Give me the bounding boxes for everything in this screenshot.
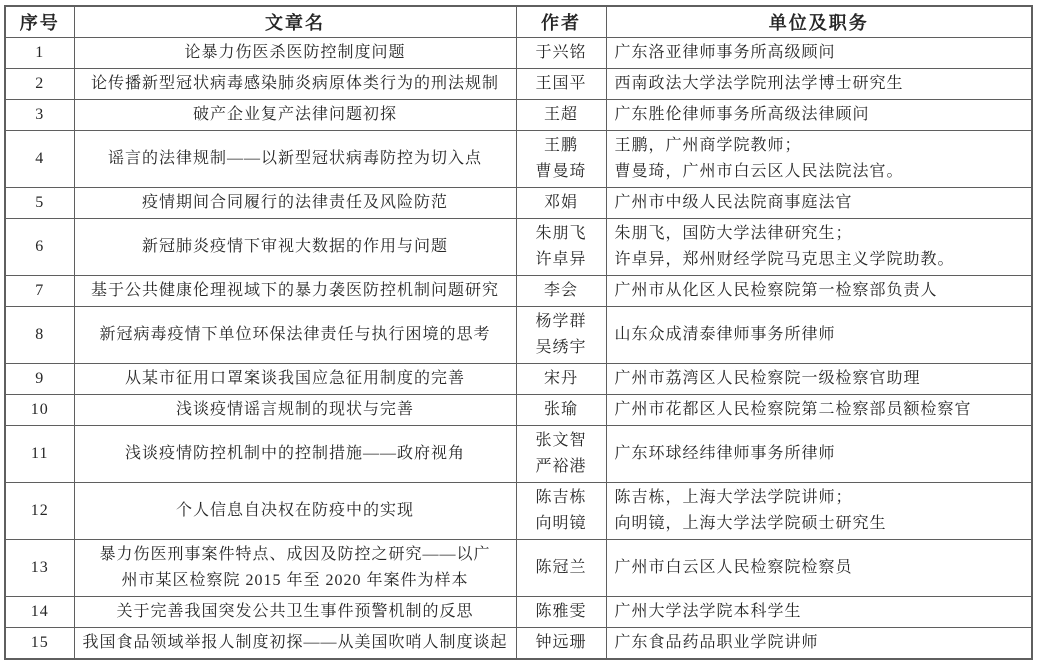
row-number: 11 xyxy=(5,425,74,482)
author-name: 王鹏 曹曼琦 xyxy=(516,130,606,187)
row-number: 10 xyxy=(5,394,74,425)
table-row: 2 论传播新型冠状病毒感染肺炎病原体类行为的刑法规制 王国平 西南政法大学法学院… xyxy=(5,68,1032,99)
table-row: 4 谣言的法律规制——以新型冠状病毒防控为切入点 王鹏 曹曼琦 王鹏，广州商学院… xyxy=(5,130,1032,187)
author-name: 王超 xyxy=(516,99,606,130)
affiliation: 王鹏，广州商学院教师； 曹曼琦，广州市白云区人民法院法官。 xyxy=(606,130,1032,187)
affiliation: 山东众成清泰律师事务所律师 xyxy=(606,306,1032,363)
affiliation: 广东洛亚律师事务所高级顾问 xyxy=(606,37,1032,68)
row-number: 5 xyxy=(5,187,74,218)
table-row: 10 浅谈疫情谣言规制的现状与完善 张瑜 广州市花都区人民检察院第二检察部员额检… xyxy=(5,394,1032,425)
row-number: 4 xyxy=(5,130,74,187)
affiliation: 西南政法大学法学院刑法学博士研究生 xyxy=(606,68,1032,99)
author-name: 邓娟 xyxy=(516,187,606,218)
table-row: 15 我国食品领域举报人制度初探——从美国吹哨人制度谈起 钟远珊 广东食品药品职… xyxy=(5,627,1032,659)
table-row: 12 个人信息自决权在防疫中的实现 陈吉栋 向明镜 陈吉栋，上海大学法学院讲师；… xyxy=(5,482,1032,539)
row-number: 13 xyxy=(5,539,74,596)
row-number: 9 xyxy=(5,363,74,394)
affiliation: 广东环球经纬律师事务所律师 xyxy=(606,425,1032,482)
row-number: 7 xyxy=(5,275,74,306)
table-row: 13 暴力伤医刑事案件特点、成因及防控之研究——以广 州市某区检察院 2015 … xyxy=(5,539,1032,596)
col-header-author: 作者 xyxy=(516,6,606,37)
row-number: 3 xyxy=(5,99,74,130)
table-header-row: 序号 文章名 作者 单位及职务 xyxy=(5,6,1032,37)
author-name: 宋丹 xyxy=(516,363,606,394)
author-name: 朱朋飞 许卓异 xyxy=(516,218,606,275)
col-header-article-title: 文章名 xyxy=(74,6,516,37)
affiliation: 广东食品药品职业学院讲师 xyxy=(606,627,1032,659)
author-name: 王国平 xyxy=(516,68,606,99)
article-title: 疫情期间合同履行的法律责任及风险防范 xyxy=(74,187,516,218)
author-name: 陈吉栋 向明镜 xyxy=(516,482,606,539)
article-title: 谣言的法律规制——以新型冠状病毒防控为切入点 xyxy=(74,130,516,187)
row-number: 15 xyxy=(5,627,74,659)
article-title: 新冠病毒疫情下单位环保法律责任与执行困境的思考 xyxy=(74,306,516,363)
author-name: 于兴铭 xyxy=(516,37,606,68)
article-title: 浅谈疫情防控机制中的控制措施——政府视角 xyxy=(74,425,516,482)
col-header-index: 序号 xyxy=(5,6,74,37)
article-title: 基于公共健康伦理视域下的暴力袭医防控机制问题研究 xyxy=(74,275,516,306)
article-title: 浅谈疫情谣言规制的现状与完善 xyxy=(74,394,516,425)
author-name: 杨学群 吴绣宇 xyxy=(516,306,606,363)
affiliation: 广州市从化区人民检察院第一检察部负责人 xyxy=(606,275,1032,306)
affiliation: 陈吉栋，上海大学法学院讲师； 向明镜，上海大学法学院硕士研究生 xyxy=(606,482,1032,539)
article-title: 论传播新型冠状病毒感染肺炎病原体类行为的刑法规制 xyxy=(74,68,516,99)
table-row: 5 疫情期间合同履行的法律责任及风险防范 邓娟 广州市中级人民法院商事庭法官 xyxy=(5,187,1032,218)
author-name: 钟远珊 xyxy=(516,627,606,659)
table-row: 14 关于完善我国突发公共卫生事件预警机制的反思 陈雅雯 广州大学法学院本科学生 xyxy=(5,596,1032,627)
author-name: 张瑜 xyxy=(516,394,606,425)
row-number: 2 xyxy=(5,68,74,99)
table-row: 3 破产企业复产法律问题初探 王超 广东胜伦律师事务所高级法律顾问 xyxy=(5,99,1032,130)
row-number: 8 xyxy=(5,306,74,363)
table-row: 1 论暴力伤医杀医防控制度问题 于兴铭 广东洛亚律师事务所高级顾问 xyxy=(5,37,1032,68)
affiliation: 广州市荔湾区人民检察院一级检察官助理 xyxy=(606,363,1032,394)
author-name: 陈冠兰 xyxy=(516,539,606,596)
row-number: 14 xyxy=(5,596,74,627)
articles-table: 序号 文章名 作者 单位及职务 1 论暴力伤医杀医防控制度问题 于兴铭 广东洛亚… xyxy=(4,5,1033,660)
article-title: 个人信息自决权在防疫中的实现 xyxy=(74,482,516,539)
row-number: 1 xyxy=(5,37,74,68)
article-title: 关于完善我国突发公共卫生事件预警机制的反思 xyxy=(74,596,516,627)
author-name: 李会 xyxy=(516,275,606,306)
table-row: 7 基于公共健康伦理视域下的暴力袭医防控机制问题研究 李会 广州市从化区人民检察… xyxy=(5,275,1032,306)
affiliation: 朱朋飞，国防大学法律研究生； 许卓异，郑州财经学院马克思主义学院助教。 xyxy=(606,218,1032,275)
article-title: 从某市征用口罩案谈我国应急征用制度的完善 xyxy=(74,363,516,394)
affiliation: 广州市花都区人民检察院第二检察部员额检察官 xyxy=(606,394,1032,425)
affiliation: 广州市中级人民法院商事庭法官 xyxy=(606,187,1032,218)
affiliation: 广州市白云区人民检察院检察员 xyxy=(606,539,1032,596)
article-title: 破产企业复产法律问题初探 xyxy=(74,99,516,130)
table-row: 11 浅谈疫情防控机制中的控制措施——政府视角 张文智 严裕港 广东环球经纬律师… xyxy=(5,425,1032,482)
affiliation: 广东胜伦律师事务所高级法律顾问 xyxy=(606,99,1032,130)
affiliation: 广州大学法学院本科学生 xyxy=(606,596,1032,627)
col-header-affiliation: 单位及职务 xyxy=(606,6,1032,37)
row-number: 12 xyxy=(5,482,74,539)
table-row: 6 新冠肺炎疫情下审视大数据的作用与问题 朱朋飞 许卓异 朱朋飞，国防大学法律研… xyxy=(5,218,1032,275)
article-title: 新冠肺炎疫情下审视大数据的作用与问题 xyxy=(74,218,516,275)
article-title: 我国食品领域举报人制度初探——从美国吹哨人制度谈起 xyxy=(74,627,516,659)
author-name: 陈雅雯 xyxy=(516,596,606,627)
row-number: 6 xyxy=(5,218,74,275)
table-row: 9 从某市征用口罩案谈我国应急征用制度的完善 宋丹 广州市荔湾区人民检察院一级检… xyxy=(5,363,1032,394)
author-name: 张文智 严裕港 xyxy=(516,425,606,482)
table-row: 8 新冠病毒疫情下单位环保法律责任与执行困境的思考 杨学群 吴绣宇 山东众成清泰… xyxy=(5,306,1032,363)
article-title: 暴力伤医刑事案件特点、成因及防控之研究——以广 州市某区检察院 2015 年至 … xyxy=(74,539,516,596)
article-title: 论暴力伤医杀医防控制度问题 xyxy=(74,37,516,68)
